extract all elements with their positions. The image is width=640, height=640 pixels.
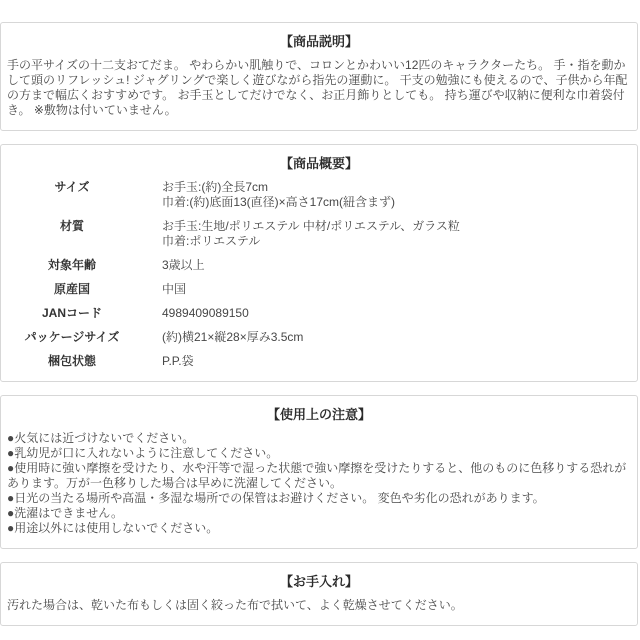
caution-item: ●洗濯はできません。	[7, 506, 631, 521]
spec-row-size: サイズ お手玉:(約)全長7cm 巾着:(約)底面13(直径)×高さ17cm(紐…	[7, 180, 631, 210]
product-description-section: 【商品説明】 手の平サイズの十二支おてだま。 やわらかい肌触りで、コロンとかわい…	[0, 22, 638, 131]
care-text: 汚れた場合は、乾いた布もしくは固く絞った布で拭いて、よく乾燥させてください。	[7, 598, 631, 613]
spec-value: お手玉:生地/ポリエステル 中材/ポリエステル、ガラス粒 巾着:ポリエステル	[162, 219, 460, 249]
spec-row-origin-country: 原産国 中国	[7, 282, 631, 297]
product-overview-section: 【商品概要】 サイズ お手玉:(約)全長7cm 巾着:(約)底面13(直径)×高…	[0, 144, 638, 382]
spec-row-packing-state: 梱包状態 P.P.袋	[7, 354, 631, 369]
spec-value: 4989409089150	[162, 306, 249, 321]
caution-item: ●火気には近づけないでください。	[7, 431, 631, 446]
caution-item: ●用途以外には使用しないでください。	[7, 521, 631, 536]
spec-label: 対象年齢	[7, 258, 137, 273]
spec-value: 中国	[162, 282, 186, 297]
spec-value: お手玉:(約)全長7cm 巾着:(約)底面13(直径)×高さ17cm(紐含まず)	[162, 180, 395, 210]
care-instructions-section: 【お手入れ】 汚れた場合は、乾いた布もしくは固く絞った布で拭いて、よく乾燥させて…	[0, 562, 638, 626]
care-section-title: 【お手入れ】	[7, 574, 631, 589]
product-detail-page: 【商品説明】 手の平サイズの十二支おてだま。 やわらかい肌触りで、コロンとかわい…	[0, 0, 640, 640]
spec-value: (約)横21×縦28×厚み3.5cm	[162, 330, 303, 345]
caution-item: ●日光の当たる場所や高温・多湿な場所での保管はお避けください。 変色や劣化の恐れ…	[7, 491, 631, 506]
spec-value: P.P.袋	[162, 354, 194, 369]
spec-label: 材質	[7, 219, 137, 234]
spec-label: パッケージサイズ	[7, 330, 137, 345]
description-section-title: 【商品説明】	[7, 34, 631, 49]
usage-cautions-section: 【使用上の注意】 ●火気には近づけないでください。 ●乳幼児が口に入れないように…	[0, 395, 638, 549]
caution-item: ●使用時に強い摩擦を受けたり、水や汗等で湿った状態で強い摩擦を受けたりすると、他…	[7, 461, 631, 491]
spec-label: JANコード	[7, 306, 137, 321]
spec-row-target-age: 対象年齢 3歳以上	[7, 258, 631, 273]
spec-label: サイズ	[7, 180, 137, 195]
overview-section-title: 【商品概要】	[7, 156, 631, 171]
spec-table: サイズ お手玉:(約)全長7cm 巾着:(約)底面13(直径)×高さ17cm(紐…	[7, 180, 631, 369]
spec-label: 原産国	[7, 282, 137, 297]
caution-item: ●乳幼児が口に入れないように注意してください。	[7, 446, 631, 461]
spec-row-package-size: パッケージサイズ (約)横21×縦28×厚み3.5cm	[7, 330, 631, 345]
cautions-section-title: 【使用上の注意】	[7, 407, 631, 422]
spec-row-material: 材質 お手玉:生地/ポリエステル 中材/ポリエステル、ガラス粒 巾着:ポリエステ…	[7, 219, 631, 249]
spec-value: 3歳以上	[162, 258, 205, 273]
spec-row-jan-code: JANコード 4989409089150	[7, 306, 631, 321]
description-text: 手の平サイズの十二支おてだま。 やわらかい肌触りで、コロンとかわいい12匹のキャ…	[7, 58, 631, 118]
spec-label: 梱包状態	[7, 354, 137, 369]
caution-list: ●火気には近づけないでください。 ●乳幼児が口に入れないように注意してください。…	[7, 431, 631, 536]
